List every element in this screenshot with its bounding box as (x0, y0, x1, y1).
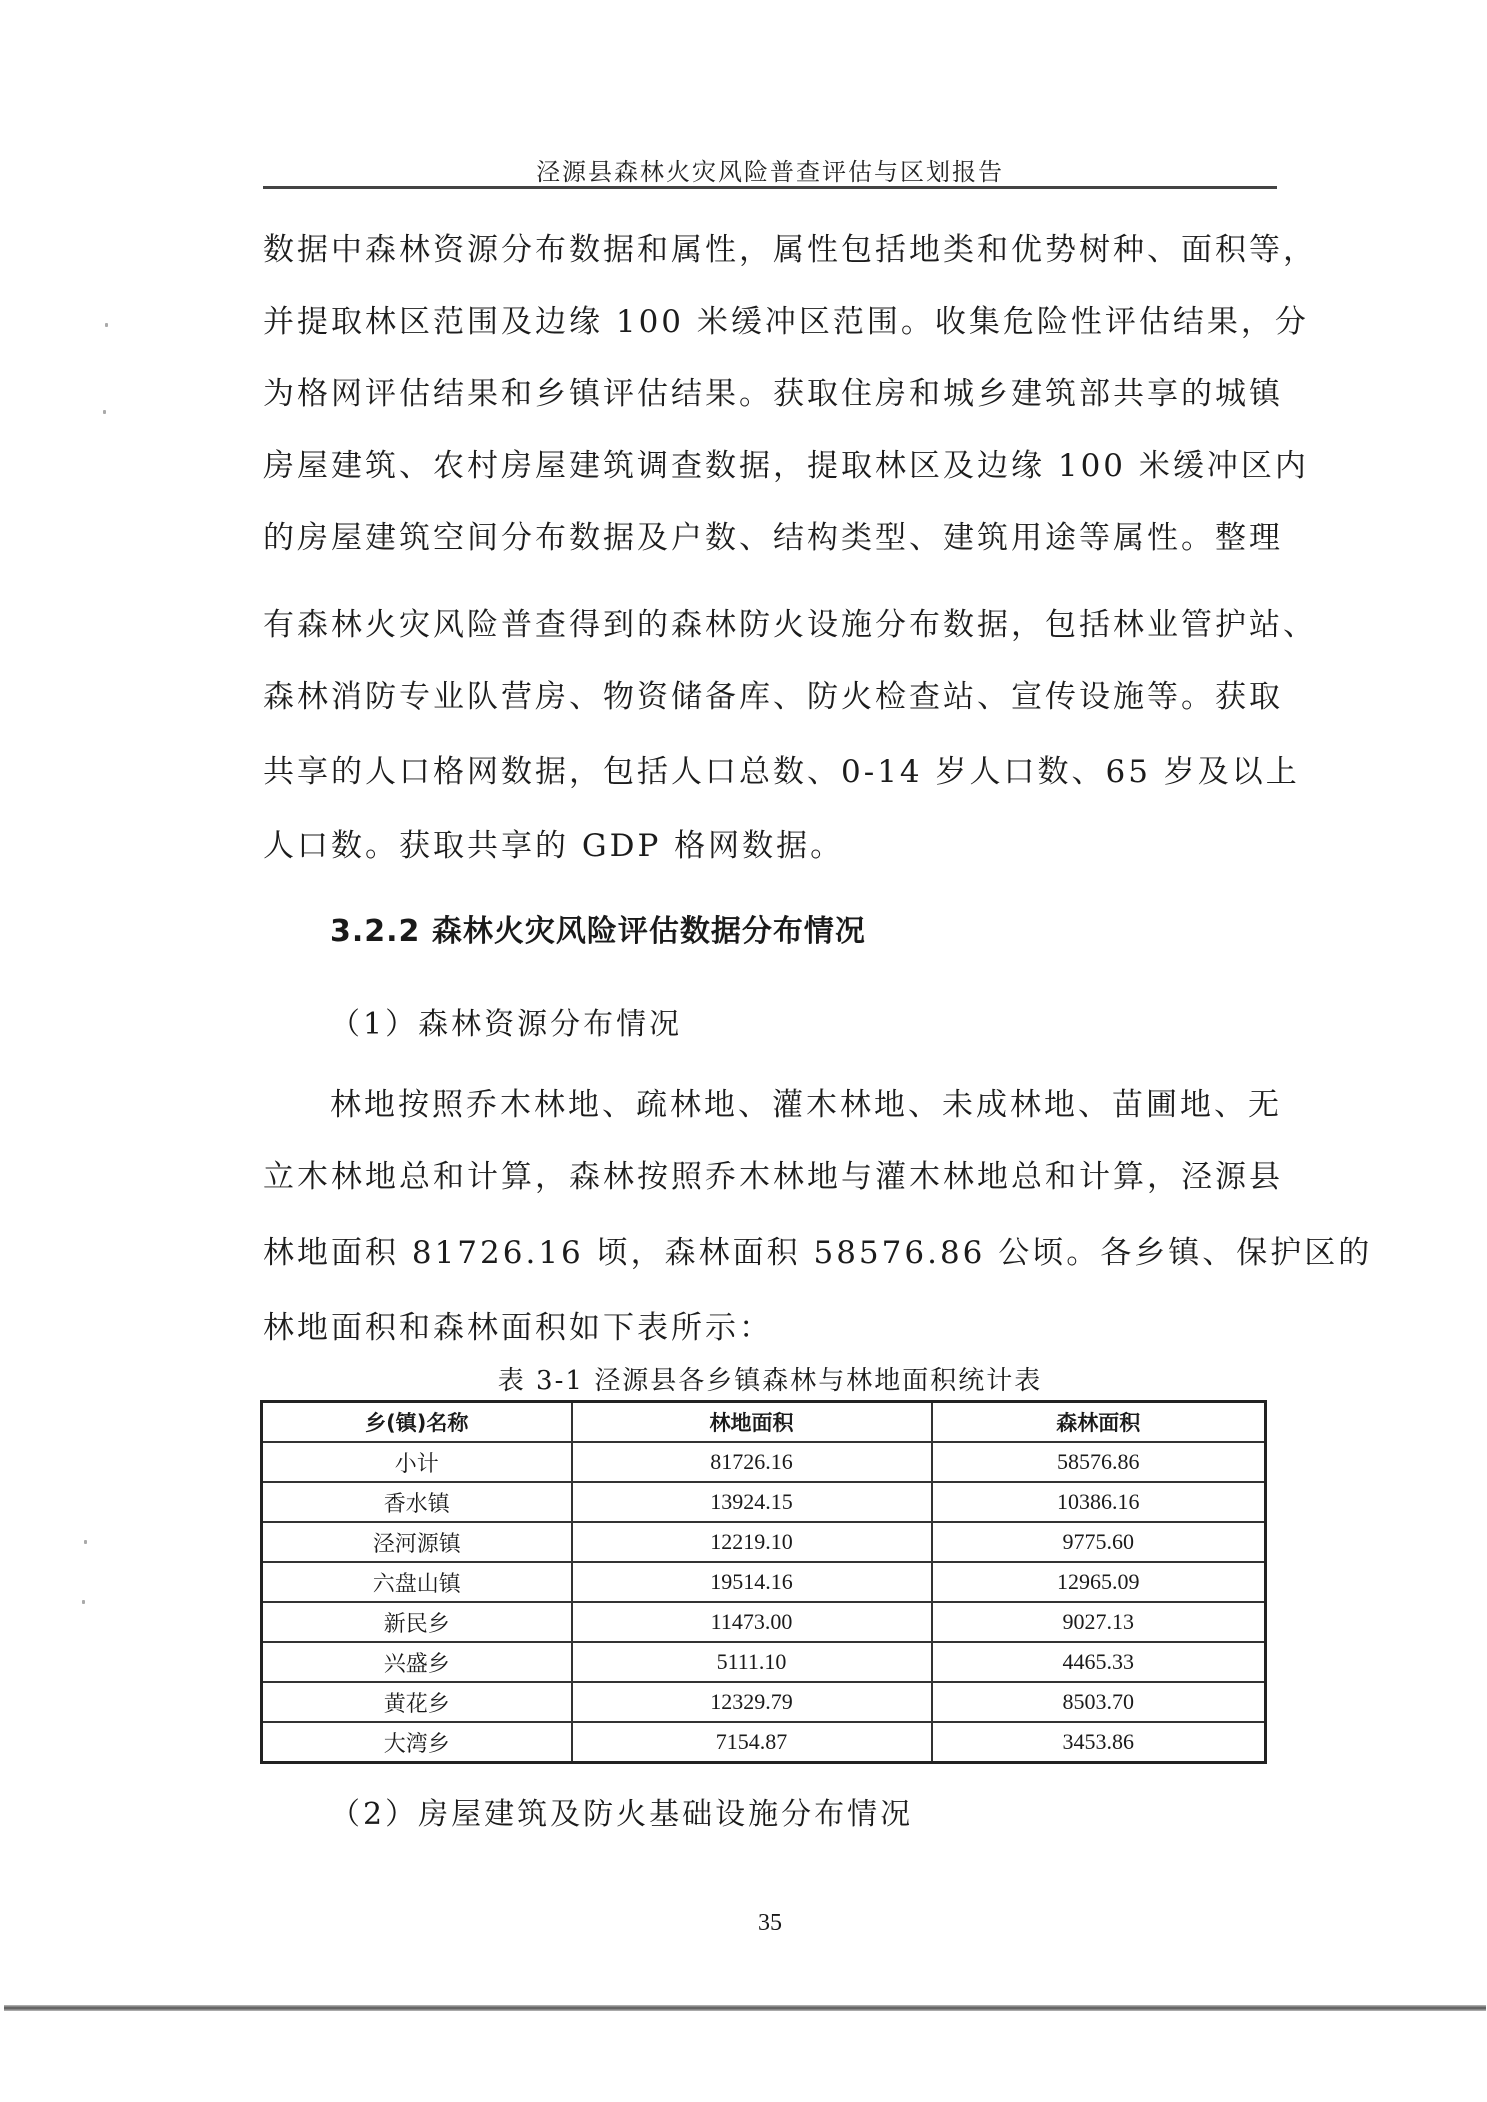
subheading-buildings-facilities: （2）房屋建筑及防火基础设施分布情况 (330, 1795, 913, 1835)
cell-woodland-area: 12329.79 (572, 1682, 932, 1722)
scan-speck (84, 1540, 87, 1544)
table-row: 六盘山镇19514.1612965.09 (262, 1562, 1266, 1602)
cell-woodland-area: 13924.15 (572, 1482, 932, 1522)
cell-woodland-area: 7154.87 (572, 1722, 932, 1763)
paragraph-line: 林地面积和森林面积如下表所示： (263, 1308, 1283, 1348)
header-rule (263, 186, 1277, 189)
running-header: 泾源县森林火灾风险普查评估与区划报告 (263, 152, 1277, 187)
cell-forest-area: 10386.16 (932, 1482, 1266, 1522)
cell-township: 香水镇 (262, 1482, 572, 1522)
cell-woodland-area: 11473.00 (572, 1602, 932, 1642)
table-caption: 表 3-1 泾源县各乡镇森林与林地面积统计表 (263, 1360, 1277, 1397)
paragraph-line: 林地按照乔木林地、疏林地、灌木林地、未成林地、苗圃地、无 (330, 1085, 1350, 1125)
cell-woodland-area: 12219.10 (572, 1522, 932, 1562)
column-header-forest-area: 森林面积 (932, 1402, 1266, 1443)
table-row: 小计81726.1658576.86 (262, 1442, 1266, 1482)
table-row: 泾河源镇12219.109775.60 (262, 1522, 1266, 1562)
cell-forest-area: 4465.33 (932, 1642, 1266, 1682)
cell-woodland-area: 19514.16 (572, 1562, 932, 1602)
table-header-row: 乡(镇)名称 林地面积 森林面积 (262, 1402, 1266, 1443)
column-header-township: 乡(镇)名称 (262, 1402, 572, 1443)
paragraph-line: 人口数。获取共享的 GDP 格网数据。 (263, 826, 1283, 866)
cell-woodland-area: 5111.10 (572, 1642, 932, 1682)
table-row: 香水镇13924.1510386.16 (262, 1482, 1266, 1522)
scan-speck (103, 410, 106, 414)
scan-speck (105, 323, 108, 327)
paragraph-line: 的房屋建筑空间分布数据及户数、结构类型、建筑用途等属性。整理 (263, 518, 1283, 558)
column-header-woodland-area: 林地面积 (572, 1402, 932, 1443)
paragraph-line: 并提取林区范围及边缘 100 米缓冲区范围。收集危险性评估结果，分 (263, 302, 1283, 342)
cell-township: 泾河源镇 (262, 1522, 572, 1562)
cell-township: 黄花乡 (262, 1682, 572, 1722)
scan-edge-rule (4, 2005, 1486, 2011)
paragraph-line: 森林消防专业队营房、物资储备库、防火检查站、宣传设施等。获取 (263, 677, 1283, 717)
cell-township: 小计 (262, 1442, 572, 1482)
forest-area-table: 乡(镇)名称 林地面积 森林面积 小计81726.1658576.86 香水镇1… (260, 1400, 1267, 1764)
cell-township: 六盘山镇 (262, 1562, 572, 1602)
paragraph-line: 共享的人口格网数据，包括人口总数、0-14 岁人口数、65 岁及以上 (263, 752, 1283, 792)
section-heading: 3.2.2 森林火灾风险评估数据分布情况 (330, 912, 866, 952)
paragraph-line: 有森林火灾风险普查得到的森林防火设施分布数据，包括林业管护站、 (263, 605, 1283, 645)
cell-forest-area: 3453.86 (932, 1722, 1266, 1763)
cell-forest-area: 8503.70 (932, 1682, 1266, 1722)
cell-forest-area: 9027.13 (932, 1602, 1266, 1642)
paragraph-line: 立木林地总和计算，森林按照乔木林地与灌木林地总和计算，泾源县 (263, 1157, 1283, 1197)
paragraph-line: 为格网评估结果和乡镇评估结果。获取住房和城乡建筑部共享的城镇 (263, 374, 1283, 414)
cell-forest-area: 58576.86 (932, 1442, 1266, 1482)
cell-woodland-area: 81726.16 (572, 1442, 932, 1482)
cell-township: 兴盛乡 (262, 1642, 572, 1682)
page-number: 35 (263, 1910, 1277, 1937)
paragraph-line: 房屋建筑、农村房屋建筑调查数据，提取林区及边缘 100 米缓冲区内 (263, 446, 1283, 486)
table-row: 大湾乡7154.873453.86 (262, 1722, 1266, 1763)
table-row: 新民乡11473.009027.13 (262, 1602, 1266, 1642)
table-row: 黄花乡12329.798503.70 (262, 1682, 1266, 1722)
table-row: 兴盛乡5111.104465.33 (262, 1642, 1266, 1682)
cell-forest-area: 9775.60 (932, 1522, 1266, 1562)
cell-township: 新民乡 (262, 1602, 572, 1642)
paragraph-line: 数据中森林资源分布数据和属性，属性包括地类和优势树种、面积等， (263, 230, 1283, 270)
scan-speck (82, 1600, 85, 1604)
paragraph-line: 林地面积 81726.16 顷，森林面积 58576.86 公顷。各乡镇、保护区… (263, 1233, 1283, 1273)
subheading-forest-resources: （1）森林资源分布情况 (330, 1005, 682, 1045)
cell-township: 大湾乡 (262, 1722, 572, 1763)
cell-forest-area: 12965.09 (932, 1562, 1266, 1602)
